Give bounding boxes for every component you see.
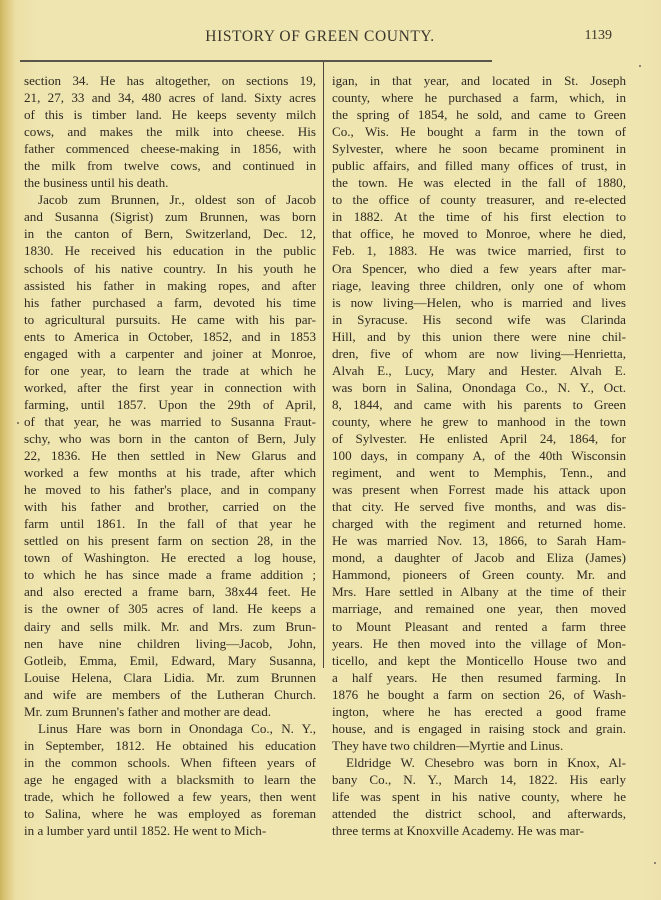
text-line: riage, leaving three children, only one … (332, 277, 626, 294)
text-line: Linus Hare was born in Onondaga Co., N. … (24, 720, 316, 737)
text-line: Hammond, pioneers of Green county. Mr. a… (332, 566, 626, 583)
text-line: worked a few months at his trade, after … (24, 464, 316, 481)
text-line: is the owner of 305 acres of land. He ke… (24, 600, 316, 617)
text-line: of this is timber land. He keeps seventy… (24, 106, 316, 123)
text-line: a half years. He then resumed farming. I… (332, 669, 626, 686)
text-line: mond, a daughter of Jacob and Eliza (Jam… (332, 549, 626, 566)
text-line: 22, 1836. He then settled in New Glarus … (24, 447, 316, 464)
text-line: Ora Spencer, who died a few years after … (332, 260, 626, 277)
text-line: regiment, and went to Memphis, Tenn., an… (332, 464, 626, 481)
text-line: Jacob zum Brunnen, Jr., oldest son of Ja… (24, 191, 316, 208)
text-line: in the canton of Bern, Switzerland, Dec.… (24, 225, 316, 242)
text-line: his father purchased a farm, devoted his… (24, 294, 316, 311)
text-line: age he engaged with a blacksmith to lear… (24, 771, 316, 788)
text-line: years. He then moved into the village of… (332, 635, 626, 652)
text-line: to which he has since made a frame addit… (24, 566, 316, 583)
text-line: Gotleib, Emma, Emil, Edward, Mary Susann… (24, 652, 316, 669)
text-line: cows, and makes the milk into cheese. Hi… (24, 123, 316, 140)
text-line: town of Washington. He erected a log hou… (24, 549, 316, 566)
text-line: assisted his father in making ropes, and… (24, 277, 316, 294)
text-line: for one year, to learn the trade at whic… (24, 362, 316, 379)
text-line: schy, who was born in the canton of Bern… (24, 430, 316, 447)
header-rule (20, 60, 492, 62)
text-line: county, where he grew to manhood in the … (332, 413, 626, 430)
text-line: the town. He was elected in the fall of … (332, 174, 626, 191)
text-line: igan, in that year, and located in St. J… (332, 72, 626, 89)
text-line: ington, where he has erected a good fram… (332, 703, 626, 720)
text-line: 100 days, in company A, of the 40th Wisc… (332, 447, 626, 464)
text-line: public affairs, and filled many offices … (332, 157, 626, 174)
text-line: They have two children—Myrtie and Linus. (332, 737, 626, 754)
text-line: and also erected a frame barn, 38x44 fee… (24, 583, 316, 600)
text-line: is now living—Helen, who is married and … (332, 294, 626, 311)
text-line: Mr. zum Brunnen's father and mother are … (24, 703, 316, 720)
text-line: He was married Nov. 13, 1866, to Sarah H… (332, 532, 626, 549)
text-line: in September, 1812. He obtained his educ… (24, 737, 316, 754)
text-line: Hill, and by this union there were nine … (332, 328, 626, 345)
speck (17, 422, 19, 424)
text-line: bany Co., N. Y., March 14, 1822. His ear… (332, 771, 626, 788)
text-line: was present when Forrest made his attack… (332, 481, 626, 498)
text-line: 8, 1844, and came with his parents to Gr… (332, 396, 626, 413)
text-line: house, and is engaged in raising stock a… (332, 720, 626, 737)
text-line: county, where he purchased a farm, which… (332, 89, 626, 106)
text-line: dren, five of whom are now living—Henrie… (332, 345, 626, 362)
text-line: the milk from twelve cows, and continued… (24, 157, 316, 174)
text-line: and Susanna (Sigrist) zum Brunnen, was b… (24, 208, 316, 225)
text-line: farming, until 1857. Upon the 29th of Ap… (24, 396, 316, 413)
text-line: nen have nine children living—Jacob, Joh… (24, 635, 316, 652)
text-line: ents to America in October, 1852, and in… (24, 328, 316, 345)
text-line: of Sylvester. He enlisted April 24, 1864… (332, 430, 626, 447)
text-line: 21, 27, 33 and 34, 480 acres of land. Si… (24, 89, 316, 106)
text-line: and wife are members of the Lutheran Chu… (24, 686, 316, 703)
text-line: life was spent in his native county, whe… (332, 788, 626, 805)
text-line: Louise Helena, Clara Lidia. Mr. zum Brun… (24, 669, 316, 686)
text-line: Mrs. Hare settled in Albany at the time … (332, 583, 626, 600)
text-line: to Salina, where he was employed as fore… (24, 805, 316, 822)
text-line: was born in Salina, Onondaga Co., N. Y.,… (332, 379, 626, 396)
left-column: section 34. He has altogether, on sectio… (24, 72, 316, 839)
text-line: Sylvester, where he soon became prominen… (332, 140, 626, 157)
text-line: ticello, and kept the Monticello House t… (332, 652, 626, 669)
text-line: attended the district school, and afterw… (332, 805, 626, 822)
text-line: dairy and sells milk. Mr. and Mrs. zum B… (24, 618, 316, 635)
text-line: in 1882. At the time of his first electi… (332, 208, 626, 225)
text-line: section 34. He has altogether, on sectio… (24, 72, 316, 89)
text-line: with his father and brother, carried on … (24, 498, 316, 515)
text-line: in a lumber yard until 1852. He went to … (24, 822, 316, 839)
text-line: in the common schools. When fifteen year… (24, 754, 316, 771)
running-title: HISTORY OF GREEN COUNTY. (20, 28, 620, 46)
text-line: 1876 he bought a farm on section 26, of … (332, 686, 626, 703)
speck (654, 862, 656, 864)
text-line: to the office of county treasurer, and r… (332, 191, 626, 208)
text-line: schools of his native country. In his yo… (24, 260, 316, 277)
text-line: to agricultural pursuits. He came with h… (24, 311, 316, 328)
text-line: three terms at Knoxville Academy. He was… (332, 822, 626, 839)
text-line: Feb. 1, 1883. He was twice married, firs… (332, 242, 626, 259)
text-line: the spring of 1854, he sold, and came to… (332, 106, 626, 123)
text-line: he moved to his father's place, and in c… (24, 481, 316, 498)
text-line: that office, he moved to Monroe, where h… (332, 225, 626, 242)
text-line: to Mount Pleasant and rented a farm thre… (332, 618, 626, 635)
text-line: Eldridge W. Chesebro was born in Knox, A… (332, 754, 626, 771)
page-number: 1139 (562, 28, 612, 44)
text-line: father commenced cheese-making in 1856, … (24, 140, 316, 157)
text-line: worked, after the first year in connecti… (24, 379, 316, 396)
text-line: charged with the regiment and returned h… (332, 515, 626, 532)
text-line: Co., Wis. He bought a farm in the town o… (332, 123, 626, 140)
text-line: 1830. He received his education in the p… (24, 242, 316, 259)
text-line: farm until 1861. In the fall of that yea… (24, 515, 316, 532)
text-line: settled on his present farm on section 2… (24, 532, 316, 549)
text-line: that city. He served five months, and wa… (332, 498, 626, 515)
text-line: Alvah E., Lucy, Mary and Hester. Alvah E… (332, 362, 626, 379)
right-column: igan, in that year, and located in St. J… (332, 72, 626, 839)
text-line: the business until his death. (24, 174, 316, 191)
page-header: HISTORY OF GREEN COUNTY. 1139 (20, 28, 661, 48)
speck (639, 65, 641, 67)
text-line: of that year, he was married to Susanna … (24, 413, 316, 430)
text-line: trade, which he followed a few years, th… (24, 788, 316, 805)
text-line: engaged with a carpenter and joiner at M… (24, 345, 316, 362)
text-line: in Syracuse. His second wife was Clarind… (332, 311, 626, 328)
text-line: marriage, and remained one year, then mo… (332, 600, 626, 617)
column-divider (323, 62, 324, 668)
